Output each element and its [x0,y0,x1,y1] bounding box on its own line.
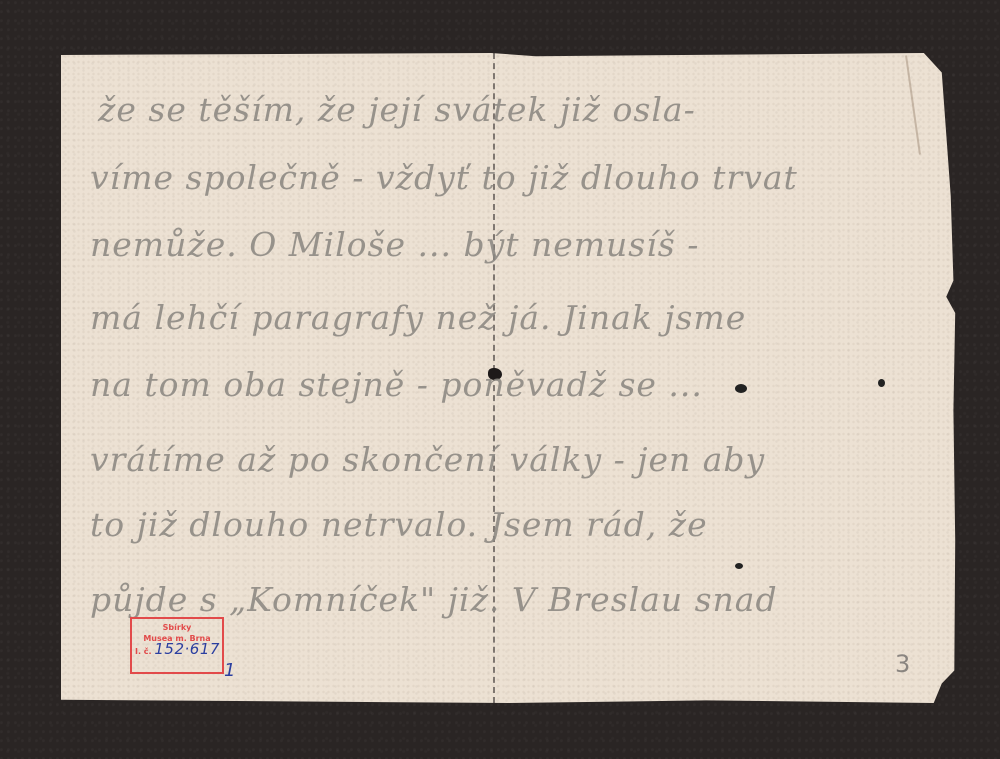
inventory-number: 152·617 [154,640,220,658]
ink-blot [878,379,885,387]
handwritten-line-2: víme společně - vždyť to již dlouho trva… [90,158,798,197]
stamp-inventory-row: I. č. 152·617 [132,644,222,657]
handwritten-line-6: vrátíme až po skončení války - jen aby [90,440,765,479]
ink-blot [735,384,747,393]
museum-stamp: Sbírky Musea m. Brna I. č. 152·617 [130,617,224,674]
page-number: 3 [895,650,910,678]
handwritten-line-4: má lehčí paragrafy než já. Jinak jsme [90,298,746,337]
ink-blot [735,563,743,569]
handwritten-line-7: to již dlouho netrvalo. Jsem rád, že [90,505,708,544]
handwritten-line-8: půjde s „Komníček" již. V Breslau snad [90,580,778,619]
handwritten-line-3: nemůže. O Miloše ... být nemusíš - [90,225,699,264]
handwritten-line-1: že se těším, že její svátek již osla- [98,90,696,129]
inventory-suffix: 1 [224,660,235,681]
stamp-line-collections: Sbírky [132,622,222,633]
handwritten-line-5: na tom oba stejně - poněvadž se ... [90,365,703,404]
stamp-inventory-prefix: I. č. [135,647,152,656]
